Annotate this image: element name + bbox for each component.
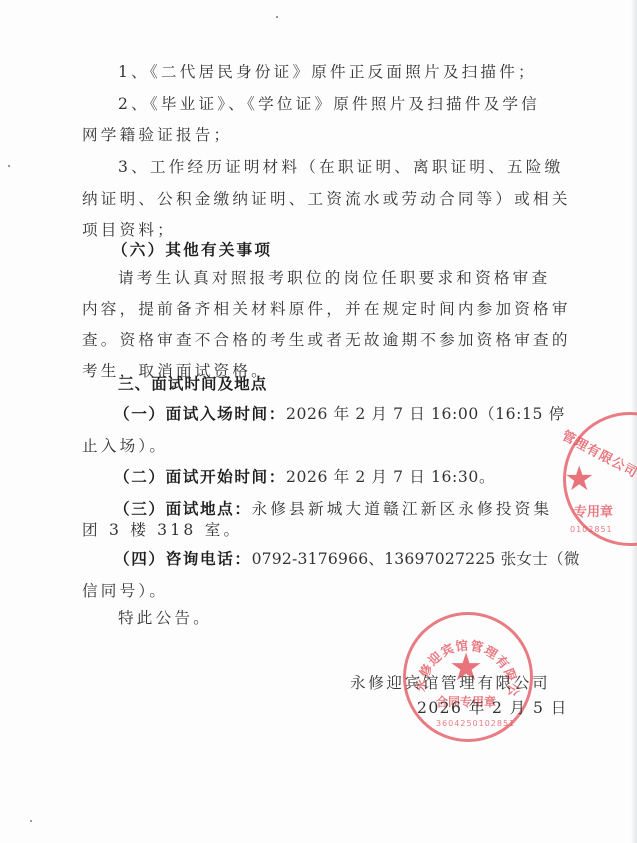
scan-speck <box>8 165 10 167</box>
material-item-2: 2、《毕业证》、《学位证》原件照片及扫描件及学信 <box>118 94 540 114</box>
scanned-document-page: 1、《二代居民身份证》原件正反面照片及扫描件； 2、《毕业证》、《学位证》原件照… <box>0 0 637 843</box>
partial-seal-bottom-text: 专用章 <box>574 501 613 520</box>
material-item-3-continuation-2: 项目资料； <box>82 220 176 240</box>
interview-start-time: （二）面试开始时间：2026 年 2 月 7 日 16:30。 <box>114 467 495 487</box>
section-6-paragraph-line-3: 查。资格审查不合格的考生或者无故逾期不参加资格审查的 <box>82 330 571 350</box>
interview-entry-time: （一）面试入场时间：2026 年 2 月 7 日 16:00（16:15 停 <box>114 404 565 424</box>
signature-date: 2026 年 2 月 5 日 <box>417 696 568 718</box>
interview-location-label: （三）面试地点： <box>114 499 252 518</box>
material-item-1: 1、《二代居民身份证》原件正反面照片及扫描件； <box>118 62 537 82</box>
section-6-heading: （六）其他有关事项 <box>112 240 272 260</box>
partial-contract-seal: 管理有限公司 ★ 专用章 0102851 <box>563 412 637 546</box>
interview-start-time-label: （二）面试开始时间： <box>114 467 286 486</box>
seal-serial-number: 3604250102851 <box>436 719 515 728</box>
material-item-2-continuation: 网学籍验证报告； <box>82 125 232 145</box>
contact-phone-label: （四）咨询电话： <box>114 549 252 568</box>
scan-speck <box>276 16 278 18</box>
signature-organization: 永修迎宾馆管理有限公司 <box>350 671 550 693</box>
section-6-paragraph-line-2: 内容，提前备齐相关材料原件，并在规定时间内参加资格审 <box>82 299 571 319</box>
interview-entry-time-value: 2026 年 2 月 7 日 16:00（16:15 停 <box>286 405 565 423</box>
contact-phone-value: 0792-3176966、13697027225 张女士（微 <box>252 550 580 568</box>
interview-entry-time-label: （一）面试入场时间： <box>114 404 286 423</box>
interview-location-continuation: 团 3 楼 318 室。 <box>82 520 242 540</box>
scan-speck <box>30 820 32 822</box>
closing-statement: 特此公告。 <box>118 608 212 628</box>
interview-location: （三）面试地点：永修县新城大道赣江新区永修投资集 <box>114 499 552 519</box>
partial-seal-star-icon: ★ <box>564 459 594 499</box>
material-item-3-continuation-1: 纳证明、公积金缴纳证明、工资流水或劳动合同等）或相关 <box>82 189 571 209</box>
interview-entry-time-continuation: 止入场）。 <box>82 436 168 456</box>
interview-location-value: 永修县新城大道赣江新区永修投资集 <box>252 500 553 518</box>
material-item-3: 3、工作经历证明材料（在职证明、离职证明、五险缴 <box>118 157 563 177</box>
contact-phone-continuation: 信同号）。 <box>82 581 168 601</box>
contact-phone: （四）咨询电话：0792-3176966、13697027225 张女士（微 <box>114 549 580 569</box>
interview-start-time-value: 2026 年 2 月 7 日 16:30。 <box>286 468 495 486</box>
partial-seal-serial: 0102851 <box>570 525 613 534</box>
section-6-paragraph-line-1: 请考生认真对照报考职位的岗位任职要求和资格审查 <box>118 268 550 288</box>
section-3-heading: 三、面试时间及地点 <box>118 374 267 394</box>
